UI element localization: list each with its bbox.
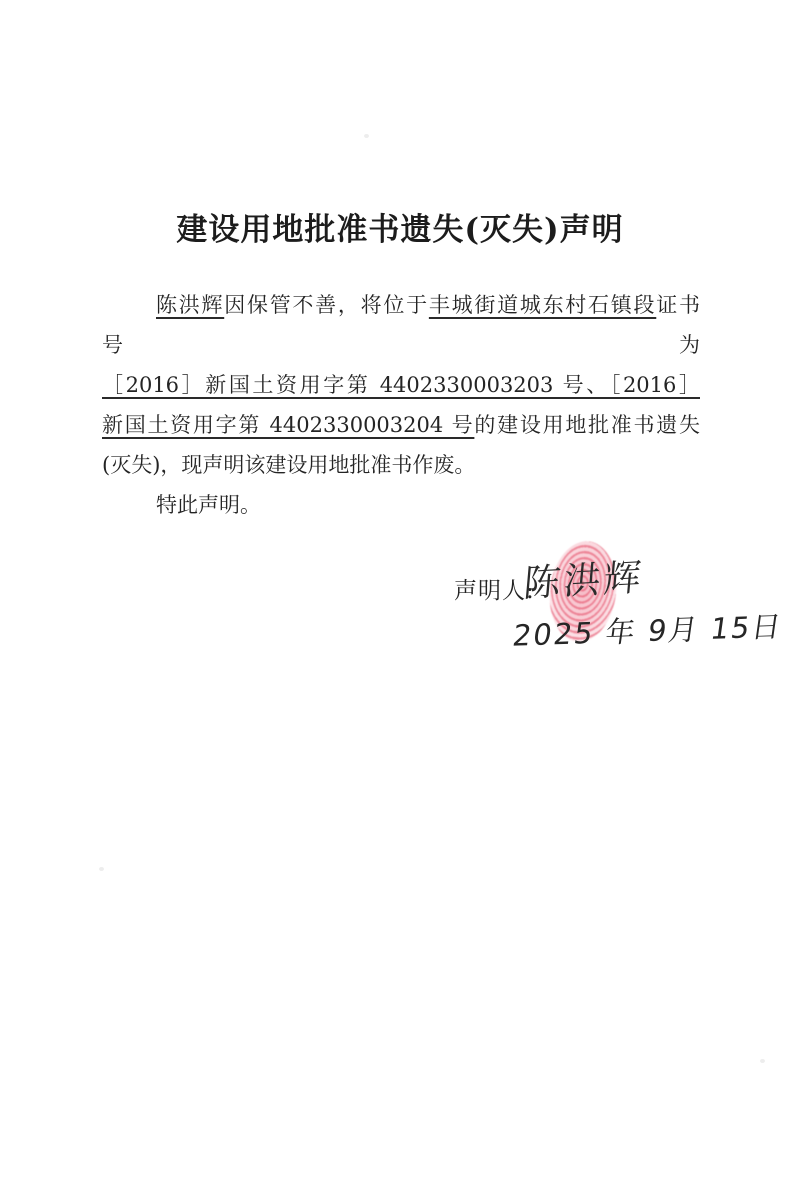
certificate-number-1-underlined: ［2016］新国土资用字第 4402330003203 号、［2016］ [102,373,700,397]
declarant-name-underlined: 陈洪辉 [156,293,224,317]
body-line-3: 新国土资用字第 4402330003204 号的建设用地批准书遗失 [102,405,700,445]
document-title: 建设用地批准书遗失(灭失)声明 [0,204,800,249]
scanned-declaration-page: 建设用地批准书遗失(灭失)声明 陈洪辉因保管不善，将位于丰城街道城东村石镇段证书… [0,0,800,1190]
body-line-2: 号为［2016］新国土资用字第 4402330003203 号、［2016］ [102,325,700,405]
handwritten-signature: 陈洪辉 [522,547,647,608]
body-line-1: 陈洪辉因保管不善，将位于丰城街道城东村石镇段证书 [102,285,700,325]
body-line-4: (灭失)，现声明该建设用地批准书作废。 [102,445,700,485]
body-line-3-tail: 的建设用地批准书遗失 [474,413,700,437]
handwritten-date: 2025 年 9月 15日 [510,604,785,655]
scan-speck [760,1059,765,1063]
scan-speck [364,134,369,138]
declaration-body: 陈洪辉因保管不善，将位于丰城街道城东村石镇段证书 号为［2016］新国土资用字第… [102,285,700,525]
scan-speck [99,867,104,871]
body-line-5: 特此声明。 [102,485,700,525]
certificate-number-2-underlined: 新国土资用字第 4402330003204 号 [102,413,474,437]
parcel-location-underlined: 丰城街道城东村石镇段 [429,293,656,317]
body-line-1-text: 因保管不善，将位于 [224,293,429,317]
body-line-2-lead: 号为 [102,333,700,357]
body-line-1-tail: 证书 [656,293,700,317]
